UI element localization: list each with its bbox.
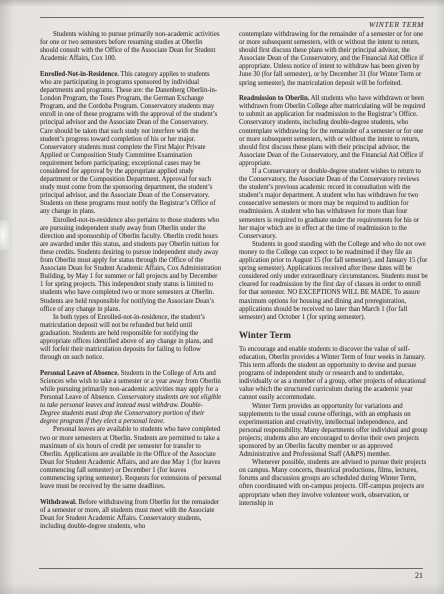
header-rule (40, 17, 424, 18)
left-column: Students wishing to pursue primarily non… (40, 31, 222, 531)
text-run: Students wishing to pursue primarily non… (40, 31, 220, 62)
paragraph: Students wishing to pursue primarily non… (40, 31, 222, 63)
text-run: Whenever possible, students are advised … (239, 459, 426, 506)
text-run: Students in good standing with the Colle… (239, 241, 428, 321)
scan-smudge (0, 220, 9, 250)
paragraph: Whenever possible, students are advised … (239, 459, 428, 508)
paragraph: Withdrawal. Before withdrawing from Ober… (40, 499, 222, 531)
run-in-heading: Withdrawal. (40, 499, 77, 506)
text-run: Winter Term provides an opportunity for … (239, 403, 428, 459)
paragraph: contemplate withdrawing for the remainde… (239, 31, 428, 88)
text-run: If a Conservatory or double-degree stude… (239, 168, 421, 240)
page-number: 21 (415, 571, 423, 580)
run-in-heading: Readmission to Oberlin. (239, 95, 309, 102)
text-columns: Students wishing to pursue primarily non… (40, 31, 428, 531)
text-run: All students who have withdrawn or been … (239, 95, 425, 167)
run-in-heading: Enrolled-Not-in-Residence. (40, 71, 119, 78)
text-run: Personal leaves are available to student… (40, 426, 222, 490)
paragraph: To encourage and enable students to disc… (239, 346, 428, 403)
paragraph: In both types of Enrolled-not-in-residen… (40, 314, 222, 363)
paragraph: Enrolled-Not-in-Residence. This category… (40, 71, 222, 217)
running-header: WINTER TERM (369, 20, 424, 29)
document-page: WINTER TERM Students wishing to pursue p… (0, 0, 444, 594)
run-in-heading: Personal Leave of Absence. (40, 370, 119, 377)
text-run: To encourage and enable students to disc… (239, 346, 426, 402)
paragraph: Readmission to Oberlin. All students who… (239, 95, 428, 168)
paragraph: Winter Term provides an opportunity for … (239, 403, 428, 460)
paragraph: Students in good standing with the Colle… (239, 241, 428, 322)
text-run: contemplate withdrawing for the remainde… (239, 31, 423, 87)
footer-rule (39, 568, 423, 569)
text-run: This category applies to students who ar… (40, 71, 217, 216)
right-column: contemplate withdrawing for the remainde… (239, 31, 428, 531)
paragraph: If a Conservatory or double-degree stude… (239, 168, 428, 241)
text-run: Enrolled-not-in-residence also pertains … (40, 217, 221, 313)
text-run: In both types of Enrolled-not-in-residen… (40, 314, 213, 361)
paragraph: Enrolled-not-in-residence also pertains … (40, 217, 222, 314)
paragraph: Personal Leave of Absence. Students in t… (40, 370, 222, 427)
section-heading: Winter Term (239, 331, 428, 339)
paragraph: Personal leaves are available to student… (40, 426, 222, 491)
